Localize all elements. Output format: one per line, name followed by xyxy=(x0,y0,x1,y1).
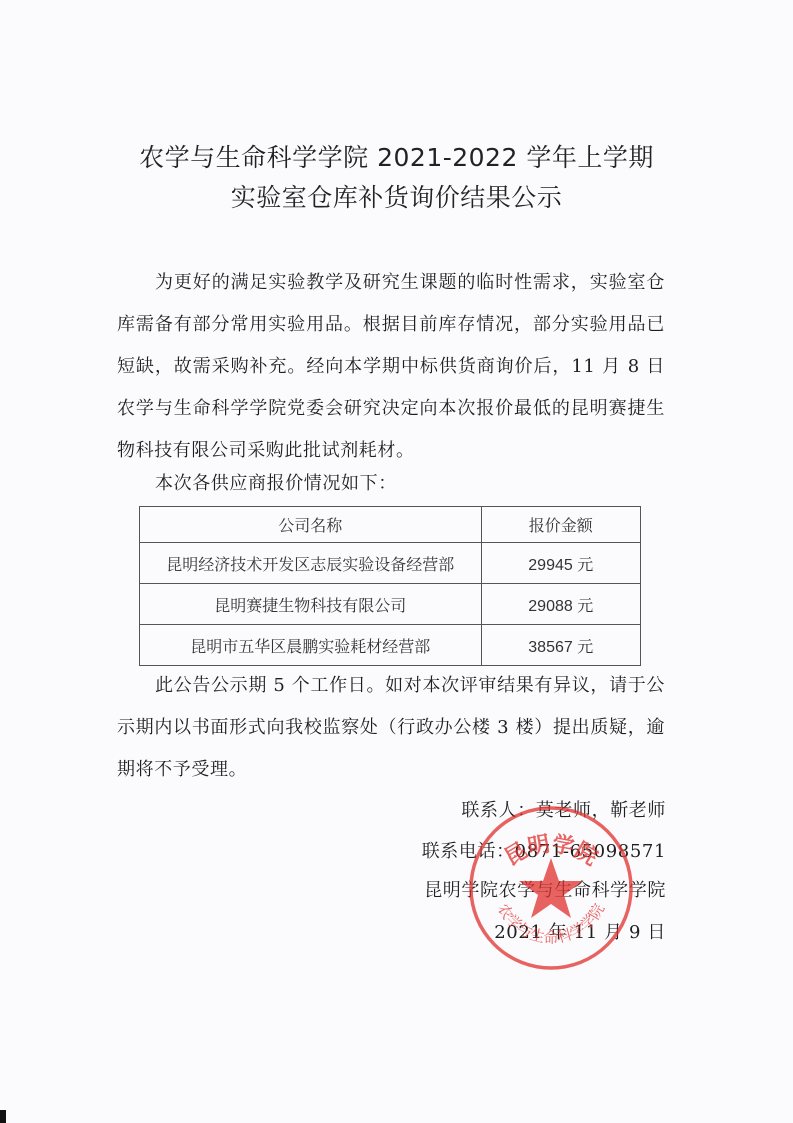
issuing-organization: 昆明学院农学与生命科学学院 xyxy=(424,876,666,902)
contact-person: 联系人：莫老师，靳老师 xyxy=(461,796,666,822)
table-row: 昆明市五华区晨鹏实验耗材经营部 38567 元 xyxy=(140,625,641,666)
company-name: 昆明经济技术开发区志辰实验设备经营部 xyxy=(140,543,482,584)
quote-amount: 29945 元 xyxy=(481,543,640,584)
quote-amount: 38567 元 xyxy=(481,625,640,666)
document-title-line1: 农学与生命科学学院 2021-2022 学年上学期 xyxy=(0,138,793,174)
body-paragraph-1: 为更好的满足实验教学及研究生课题的临时性需求，实验室仓库需备有部分常用实验用品。… xyxy=(117,262,665,472)
header-amount: 报价金额 xyxy=(481,507,640,543)
company-name: 昆明赛捷生物科技有限公司 xyxy=(140,584,482,625)
document-title-line2: 实验室仓库补货询价结果公示 xyxy=(0,178,793,214)
body-paragraph-2: 此公告公示期 5 个工作日。如对本次评审结果有异议，请于公示期内以书面形式向我校… xyxy=(117,665,665,791)
scan-edge-mark xyxy=(0,1110,6,1123)
issue-date: 2021 年 11 月 9 日 xyxy=(494,918,666,944)
table-row: 昆明赛捷生物科技有限公司 29088 元 xyxy=(140,584,641,625)
table-header-row: 公司名称 报价金额 xyxy=(140,507,641,543)
contact-phone: 联系电话：0871-65098571 xyxy=(422,837,666,863)
quote-amount: 29088 元 xyxy=(481,584,640,625)
table-intro: 本次各供应商报价情况如下： xyxy=(155,469,703,499)
header-company: 公司名称 xyxy=(140,507,482,543)
company-name: 昆明市五华区晨鹏实验耗材经营部 xyxy=(140,625,482,666)
table-row: 昆明经济技术开发区志辰实验设备经营部 29945 元 xyxy=(140,543,641,584)
quote-table: 公司名称 报价金额 昆明经济技术开发区志辰实验设备经营部 29945 元 昆明赛… xyxy=(139,506,641,666)
